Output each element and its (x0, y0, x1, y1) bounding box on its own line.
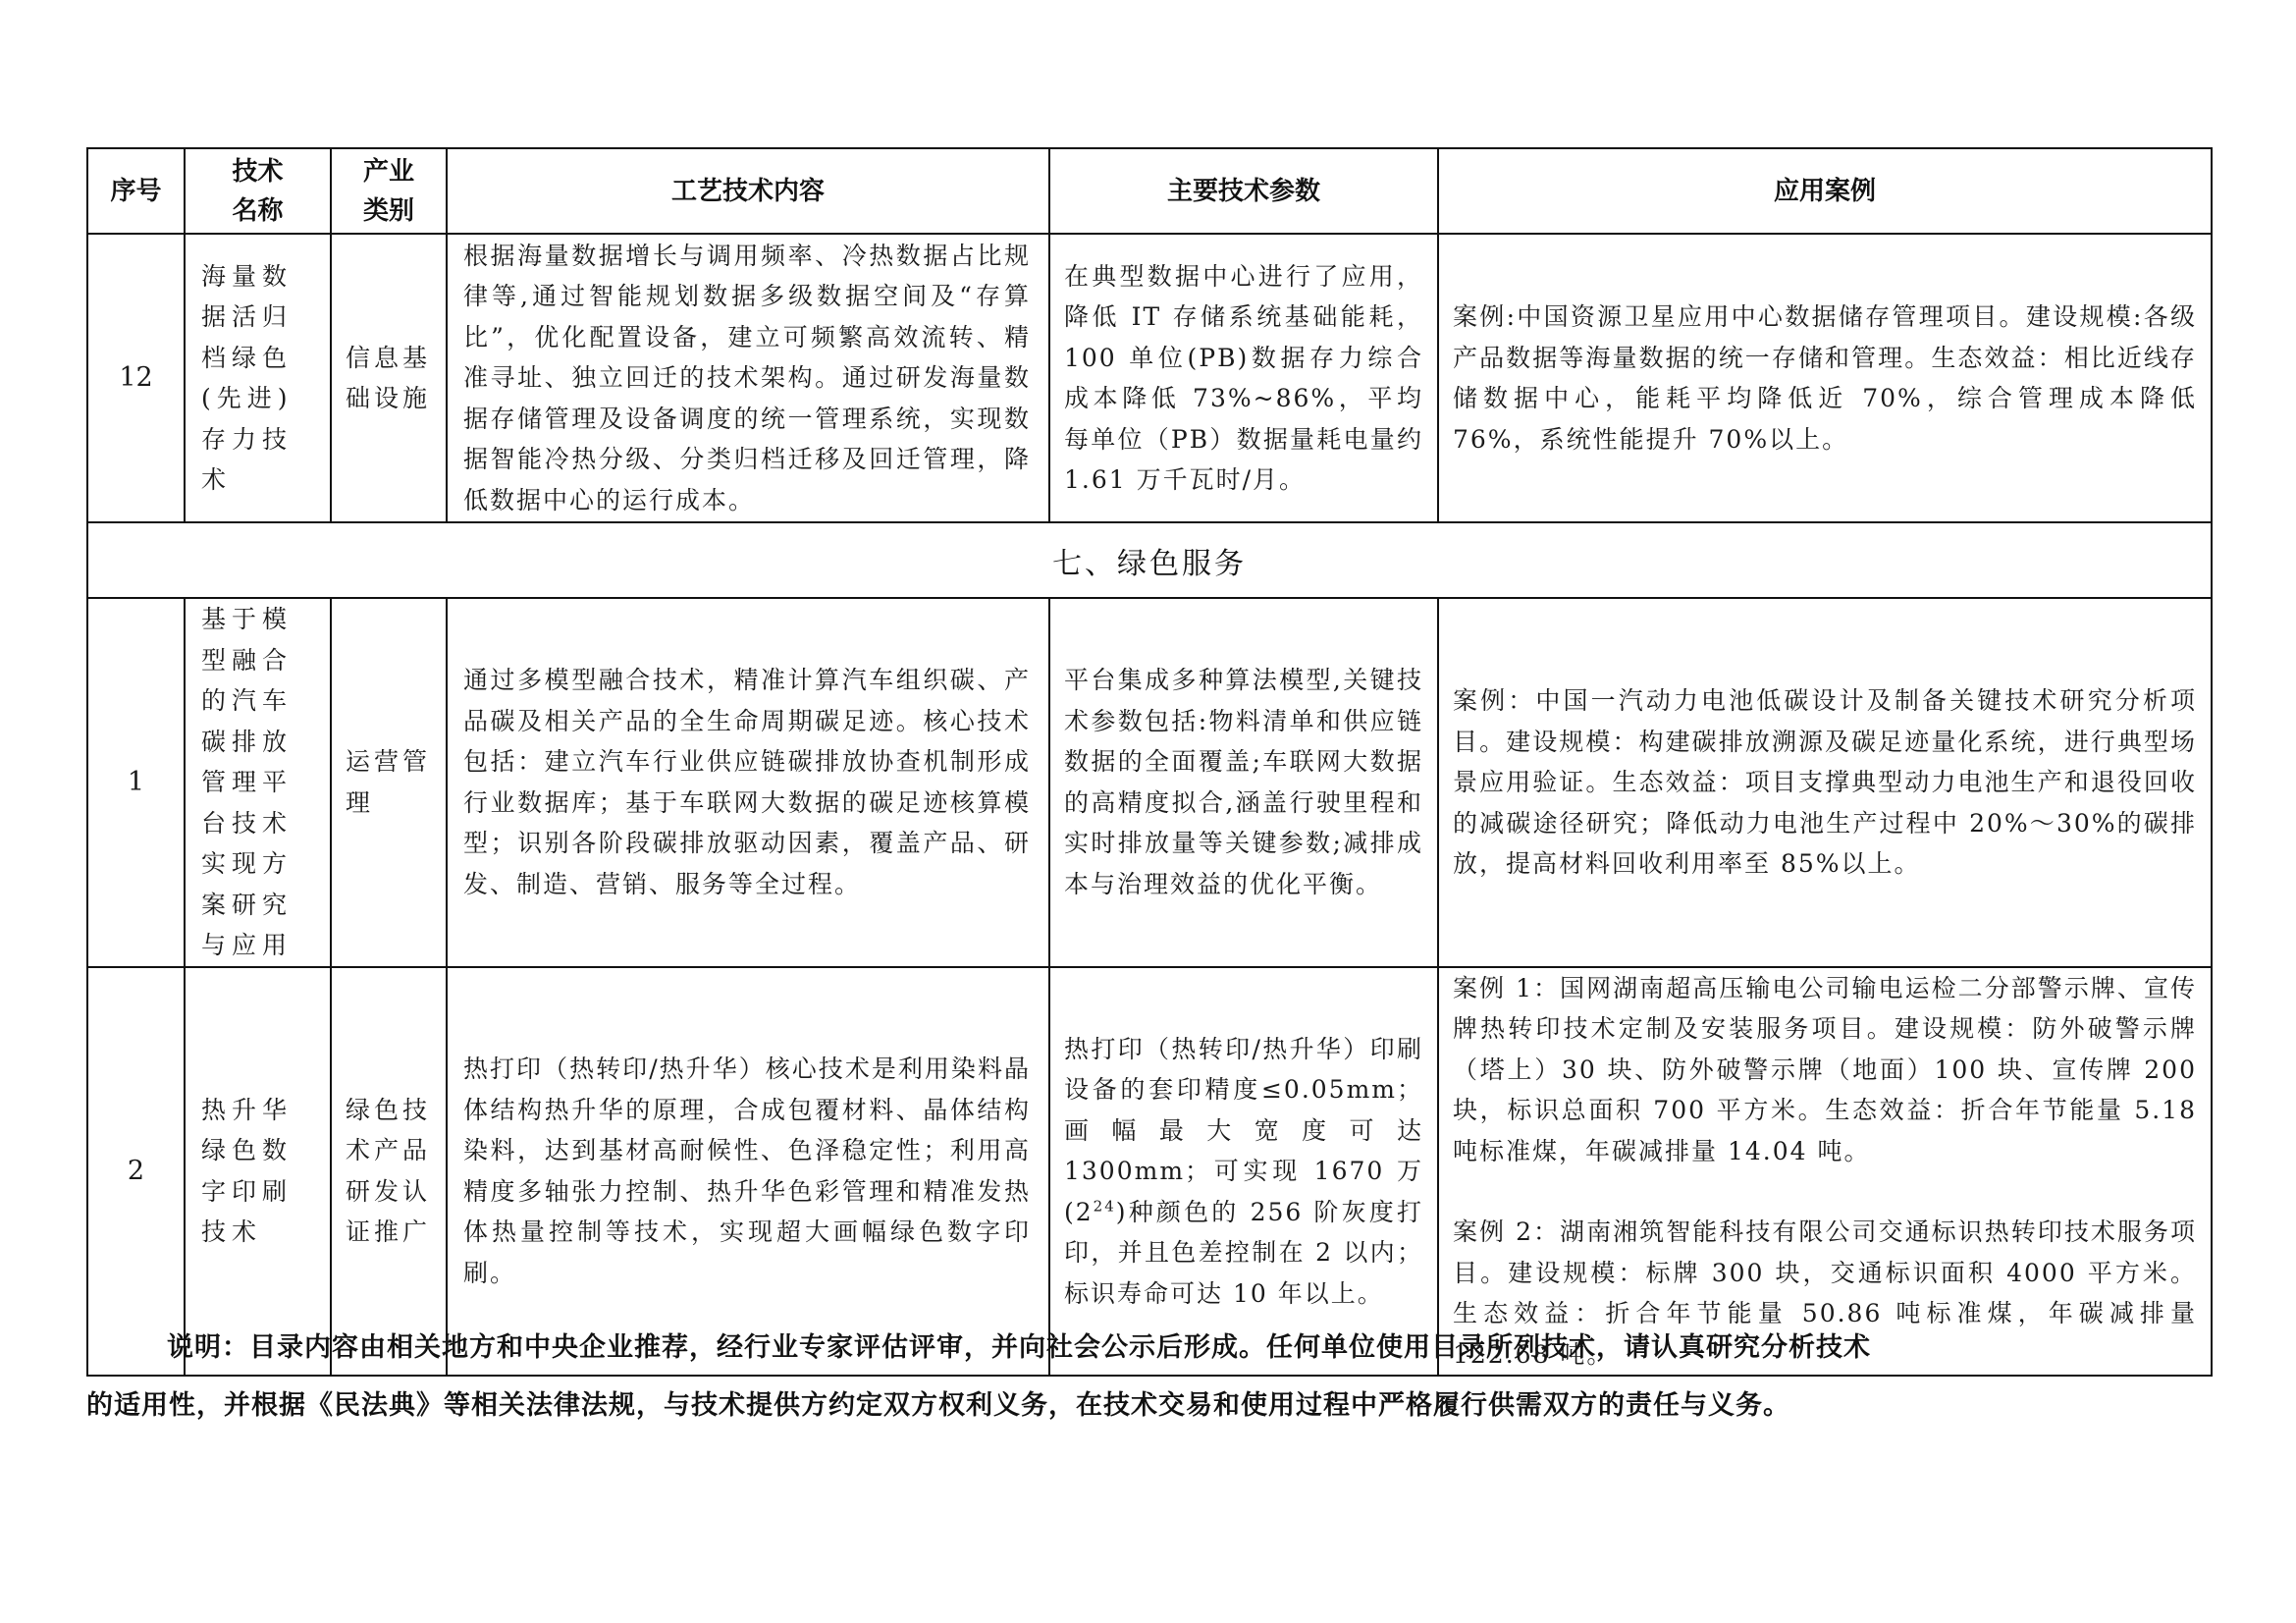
tech-name: 热升华绿色数字印刷技术 (185, 967, 331, 1377)
tech-name: 海量数据活归档绿色(先进)存力技术 (185, 234, 331, 522)
application-cases: 案例 1：国网湖南超高压输电公司输电运检二分部警示牌、宣传牌热转印技术定制及安装… (1438, 967, 2212, 1377)
params-text-cont: )种颜色的 256 阶灰度打印，并且色差控制在 2 以内；标识寿命可达 10 年… (1064, 1198, 1423, 1308)
case-1-text: 案例 1：国网湖南超高压输电公司输电运检二分部警示牌、宣传牌热转印技术定制及安装… (1453, 968, 2197, 1172)
main-params: 在典型数据中心进行了应用，降低 IT 存储系统基础能耗，100 单位(PB)数据… (1049, 234, 1438, 522)
industry-category: 运营管理 (331, 598, 447, 967)
process-content: 热打印（热转印/热升华）核心技术是利用染料晶体结构热升华的原理，合成包覆材料、晶… (447, 967, 1049, 1377)
application-cases: 案例:中国资源卫星应用中心数据储存管理项目。建设规模:各级产品数据等海量数据的统… (1438, 234, 2212, 522)
technology-catalog-table: 序号 技术名称 产业类别 工艺技术内容 主要技术参数 应用案例 12 海量数据活… (86, 147, 2213, 1377)
table-row: 1 基于模型融合的汽车碳排放管理平台技术实现方案研究与应用 运营管理 通过多模型… (87, 598, 2212, 967)
header-main-params: 主要技术参数 (1049, 148, 1438, 234)
industry-category: 绿色技术产品研发认证推广 (331, 967, 447, 1377)
row-no: 1 (87, 598, 185, 967)
table-row: 2 热升华绿色数字印刷技术 绿色技术产品研发认证推广 热打印（热转印/热升华）核… (87, 967, 2212, 1377)
case-text: 案例：中国一汽动力电池低碳设计及制备关键技术研究分析项目。建设规模：构建碳排放溯… (1453, 680, 2197, 885)
main-params: 平台集成多种算法模型,关键技术参数包括:物料清单和供应链数据的全面覆盖;车联网大… (1049, 598, 1438, 967)
header-tech-name: 技术名称 (185, 148, 331, 234)
header-no: 序号 (87, 148, 185, 234)
case-text: 案例:中国资源卫星应用中心数据储存管理项目。建设规模:各级产品数据等海量数据的统… (1453, 297, 2197, 460)
section-header-row: 七、绿色服务 (87, 522, 2212, 598)
process-content: 通过多模型融合技术，精准计算汽车组织碳、产品碳及相关产品的全生命周期碳足迹。核心… (447, 598, 1049, 967)
process-content: 根据海量数据增长与调用频率、冷热数据占比规律等,通过智能规划数据多级数据空间及“… (447, 234, 1049, 522)
industry-category: 信息基础设施 (331, 234, 447, 522)
table-header-row: 序号 技术名称 产业类别 工艺技术内容 主要技术参数 应用案例 (87, 148, 2212, 234)
table-row: 12 海量数据活归档绿色(先进)存力技术 信息基础设施 根据海量数据增长与调用频… (87, 234, 2212, 522)
explanatory-note-line-2: 的适用性，并根据《民法典》等相关法律法规，与技术提供方约定双方权利义务，在技术交… (86, 1383, 2211, 1422)
header-industry-category: 产业类别 (331, 148, 447, 234)
main-params: 热打印（热转印/热升华）印刷设备的套印精度≤0.05mm；画幅最大宽度可达130… (1049, 967, 1438, 1377)
row-no: 12 (87, 234, 185, 522)
exponent: 24 (1094, 1197, 1116, 1215)
header-application-cases: 应用案例 (1438, 148, 2212, 234)
tech-name: 基于模型融合的汽车碳排放管理平台技术实现方案研究与应用 (185, 598, 331, 967)
document-page: 序号 技术名称 产业类别 工艺技术内容 主要技术参数 应用案例 12 海量数据活… (0, 0, 2296, 1623)
application-cases: 案例：中国一汽动力电池低碳设计及制备关键技术研究分析项目。建设规模：构建碳排放溯… (1438, 598, 2212, 967)
header-process-content: 工艺技术内容 (447, 148, 1049, 234)
explanatory-note-line-1: 说明：目录内容由相关地方和中央企业推荐，经行业专家评估评审，并向社会公示后形成。… (86, 1325, 2211, 1364)
section-title: 七、绿色服务 (87, 522, 2212, 598)
row-no: 2 (87, 967, 185, 1377)
